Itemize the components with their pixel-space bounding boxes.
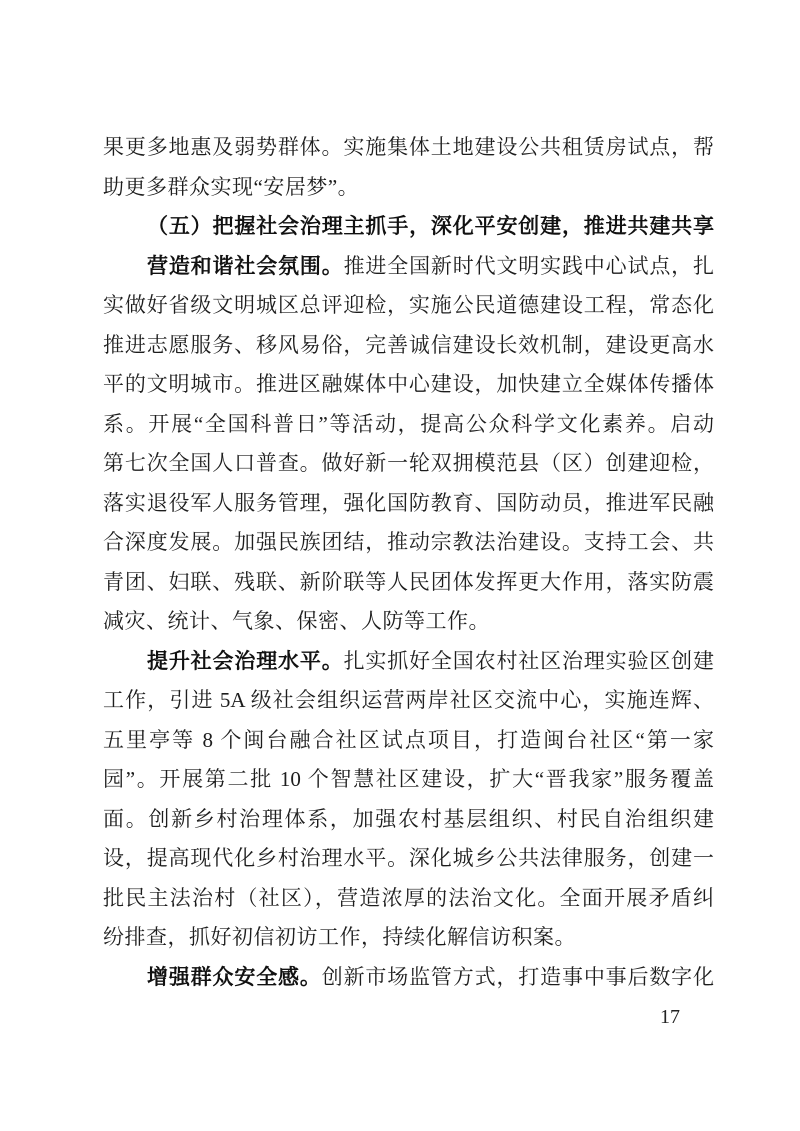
body-text: 设，提高现代化乡村治理水平。深化城乡公共法律服务，创建一 bbox=[103, 846, 714, 870]
text-line: 纷排查，抓好初信初访工作，持续化解信访积案。 bbox=[103, 918, 714, 958]
body-text: 批民主法治村（社区），营造浓厚的法治文化。全面开展矛盾纠 bbox=[103, 886, 714, 910]
body-text: 推进全国新时代文明实践中心试点，扎 bbox=[344, 254, 714, 278]
body-text: 实做好省级文明城区总评迎检，实施公民道德建设工程，常态化 bbox=[103, 293, 714, 317]
text-line: （五）把握社会治理主抓手，深化平安创建，推进共建共享 bbox=[103, 207, 714, 247]
emphasis-text: 提升社会治理水平。 bbox=[147, 649, 344, 673]
text-line: 提升社会治理水平。扎实抓好全国农村社区治理实验区创建 bbox=[103, 642, 714, 682]
text-line: 设，提高现代化乡村治理水平。深化城乡公共法律服务，创建一 bbox=[103, 839, 714, 879]
text-line: 第七次全国人口普查。做好新一轮双拥模范县（区）创建迎检， bbox=[103, 444, 714, 484]
document-body: 果更多地惠及弱势群体。实施集体土地建设公共租赁房试点，帮助更多群众实现“安居梦”… bbox=[103, 128, 714, 997]
body-text: 落实退役军人服务管理，强化国防教育、国防动员，推进军民融 bbox=[103, 491, 714, 515]
text-line: 增强群众安全感。创新市场监管方式，打造事中事后数字化 bbox=[103, 958, 714, 998]
body-text: 青团、妇联、残联、新阶联等人民团体发挥更大作用，落实防震 bbox=[103, 570, 714, 594]
emphasis-text: 营造和谐社会氛围。 bbox=[147, 254, 344, 278]
text-line: 面。创新乡村治理体系，加强农村基层组织、村民自治组织建 bbox=[103, 800, 714, 840]
text-line: 落实退役军人服务管理，强化国防教育、国防动员，推进军民融 bbox=[103, 484, 714, 524]
document-page: 果更多地惠及弱势群体。实施集体土地建设公共租赁房试点，帮助更多群众实现“安居梦”… bbox=[0, 0, 800, 1131]
text-line: 工作，引进 5A 级社会组织运营两岸社区交流中心，实施连辉、 bbox=[103, 681, 714, 721]
body-text: 减灾、统计、气象、保密、人防等工作。 bbox=[103, 609, 490, 633]
text-line: 平的文明城市。推进区融媒体中心建设，加快建立全媒体传播体 bbox=[103, 365, 714, 405]
body-text: 创新市场监管方式，打造事中事后数字化 bbox=[322, 965, 714, 989]
body-text: 纷排查，抓好初信初访工作，持续化解信访积案。 bbox=[103, 925, 576, 949]
text-line: 批民主法治村（社区），营造浓厚的法治文化。全面开展矛盾纠 bbox=[103, 879, 714, 919]
body-text: 第七次全国人口普查。做好新一轮双拥模范县（区）创建迎检， bbox=[103, 451, 714, 475]
emphasis-text: 增强群众安全感。 bbox=[147, 965, 322, 989]
text-line: 五里亭等 8 个闽台融合社区试点项目，打造闽台社区“第一家 bbox=[103, 721, 714, 761]
text-line: 青团、妇联、残联、新阶联等人民团体发挥更大作用，落实防震 bbox=[103, 563, 714, 603]
page-number: 17 bbox=[648, 1002, 692, 1032]
body-text: 助更多群众实现“安居梦”。 bbox=[103, 175, 359, 199]
text-line: 果更多地惠及弱势群体。实施集体土地建设公共租赁房试点，帮 bbox=[103, 128, 714, 168]
body-text: 合深度发展。加强民族团结，推动宗教法治建设。支持工会、共 bbox=[103, 530, 714, 554]
text-line: 推进志愿服务、移风易俗，完善诚信建设长效机制，建设更高水 bbox=[103, 326, 714, 366]
text-line: 营造和谐社会氛围。推进全国新时代文明实践中心试点，扎 bbox=[103, 247, 714, 287]
text-line: 合深度发展。加强民族团结，推动宗教法治建设。支持工会、共 bbox=[103, 523, 714, 563]
body-text: 果更多地惠及弱势群体。实施集体土地建设公共租赁房试点，帮 bbox=[103, 135, 714, 159]
body-text: 面。创新乡村治理体系，加强农村基层组织、村民自治组织建 bbox=[103, 807, 714, 831]
text-line: 系。开展“全国科普日”等活动，提高公众科学文化素养。启动 bbox=[103, 405, 714, 445]
body-text: 系。开展“全国科普日”等活动，提高公众科学文化素养。启动 bbox=[103, 412, 714, 436]
body-text: 平的文明城市。推进区融媒体中心建设，加快建立全媒体传播体 bbox=[103, 372, 714, 396]
body-text: 扎实抓好全国农村社区治理实验区创建 bbox=[344, 649, 714, 673]
text-line: 园”。开展第二批 10 个智慧社区建设，扩大“晋我家”服务覆盖 bbox=[103, 760, 714, 800]
emphasis-text: （五）把握社会治理主抓手，深化平安创建，推进共建共享 bbox=[147, 214, 714, 238]
text-line: 实做好省级文明城区总评迎检，实施公民道德建设工程，常态化 bbox=[103, 286, 714, 326]
text-line: 助更多群众实现“安居梦”。 bbox=[103, 168, 714, 208]
body-text: 工作，引进 5A 级社会组织运营两岸社区交流中心，实施连辉、 bbox=[103, 688, 714, 712]
text-line: 减灾、统计、气象、保密、人防等工作。 bbox=[103, 602, 714, 642]
body-text: 园”。开展第二批 10 个智慧社区建设，扩大“晋我家”服务覆盖 bbox=[103, 767, 714, 791]
body-text: 五里亭等 8 个闽台融合社区试点项目，打造闽台社区“第一家 bbox=[103, 728, 714, 752]
body-text: 推进志愿服务、移风易俗，完善诚信建设长效机制，建设更高水 bbox=[103, 333, 714, 357]
